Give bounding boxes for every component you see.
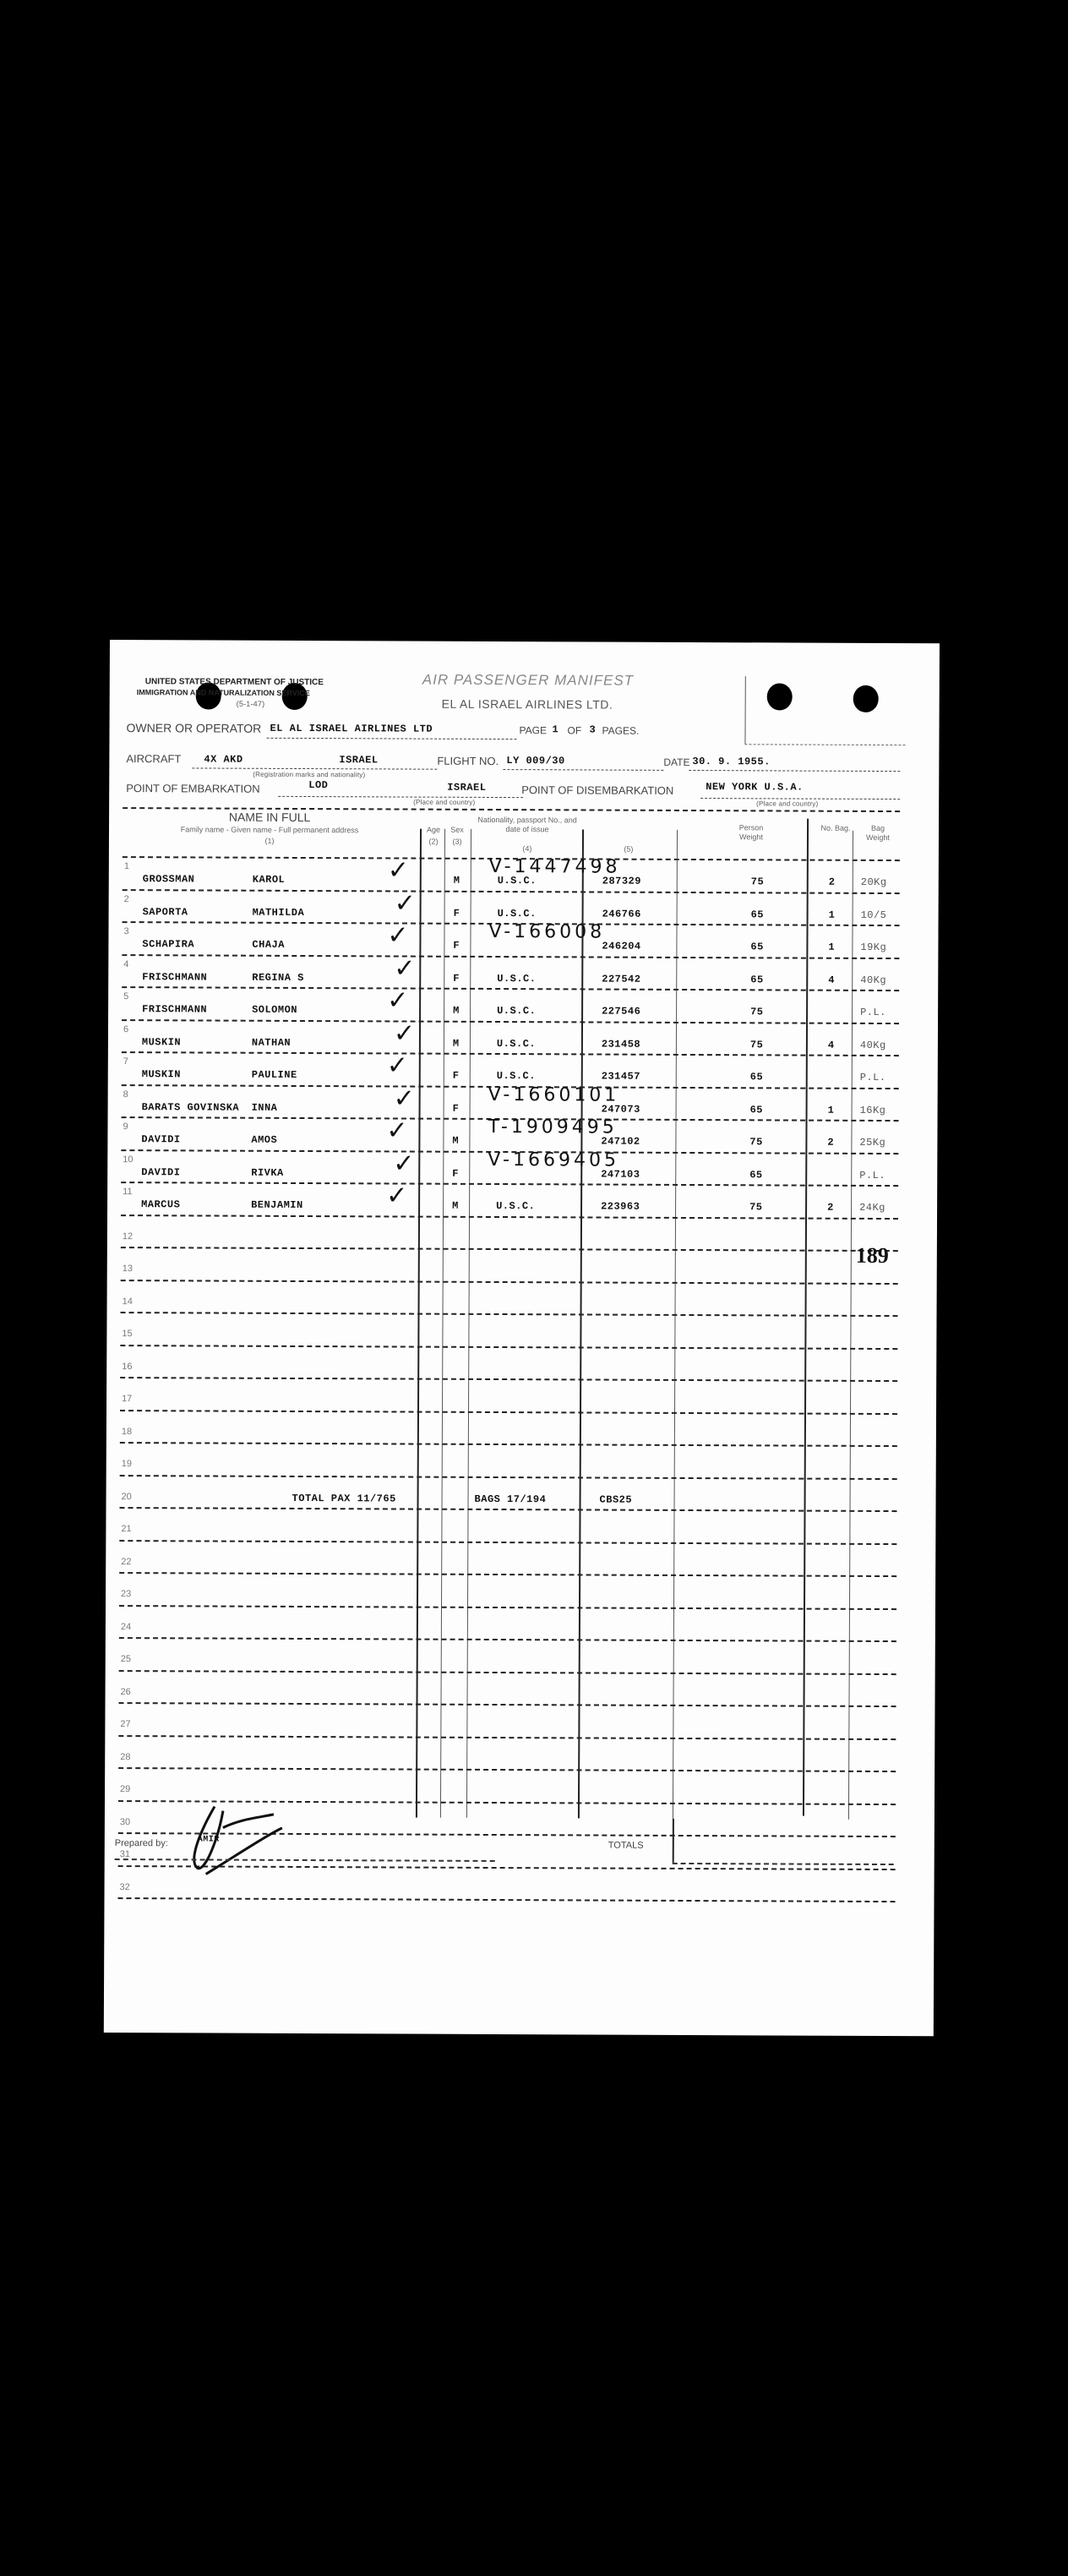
family-name: GROSSMAN — [143, 873, 195, 885]
row-rule — [119, 1670, 896, 1675]
given-name: INNA — [252, 1101, 278, 1113]
embarkation-underline — [278, 796, 523, 798]
passport-number: 247102 — [601, 1136, 640, 1148]
bag-count: 4 — [828, 974, 835, 985]
bag-weight: 19Kg — [860, 941, 886, 953]
row-number: 3 — [123, 926, 128, 936]
row-number: 28 — [120, 1752, 130, 1762]
person-weight: 75 — [749, 1201, 762, 1213]
punch-hole — [767, 683, 793, 710]
given-name: KAROL — [253, 874, 286, 886]
embarkation-label: POINT OF EMBARKATION — [126, 782, 260, 795]
row-rule — [119, 1572, 896, 1577]
person-weight: 65 — [749, 1169, 762, 1181]
embarkation-place: LOD — [308, 779, 328, 791]
given-name: MATHILDA — [253, 906, 305, 918]
bag-count: 1 — [828, 1104, 835, 1116]
col-5-num: (5) — [582, 844, 675, 854]
row-rule — [122, 1051, 899, 1056]
row-number: 1 — [124, 861, 129, 871]
family-name: DAVIDI — [141, 1166, 180, 1178]
bag-weight: 20Kg — [861, 876, 887, 888]
total-extra: CBS25 — [600, 1494, 633, 1506]
row-number: 12 — [123, 1231, 133, 1242]
col-name-num: (1) — [126, 836, 413, 846]
family-name: DAVIDI — [141, 1133, 180, 1145]
totals-box-border — [673, 1819, 674, 1863]
of-label: OF — [568, 724, 582, 736]
col-name-title: NAME IN FULL — [126, 810, 413, 824]
pages-label: PAGES. — [602, 725, 640, 737]
aircraft-underline — [192, 767, 437, 769]
checkmark-icon: ✓ — [388, 855, 409, 885]
col-sex-num: (3) — [447, 838, 467, 847]
flight-underline — [503, 769, 663, 771]
col-divider — [848, 831, 853, 1820]
family-name: MUSKIN — [142, 1068, 181, 1080]
disembarkation-value: NEW YORK U.S.A. — [706, 781, 804, 794]
date-value: 30. 9. 1955. — [692, 756, 770, 767]
col-no-bag: No. Bag. — [819, 824, 853, 833]
bag-count: 4 — [828, 1039, 835, 1051]
nationality: U.S.C. — [497, 1070, 536, 1082]
prepared-by-label: Prepared by: — [115, 1838, 168, 1848]
row-number: 20 — [122, 1492, 132, 1502]
bag-count: 1 — [829, 909, 836, 920]
col-divider — [673, 830, 678, 1819]
row-rule — [120, 1507, 897, 1512]
handwritten-visa-number: V-1660101 — [488, 1083, 620, 1105]
row-number: 16 — [122, 1362, 132, 1372]
bag-weight: 24Kg — [859, 1202, 885, 1214]
person-weight: 75 — [749, 1136, 762, 1148]
sex: F — [453, 940, 460, 952]
row-number: 14 — [123, 1296, 133, 1307]
row-number: 7 — [123, 1056, 128, 1067]
stamp-number: 189 — [856, 1243, 889, 1269]
bag-count: 2 — [827, 1137, 834, 1149]
page-value: 1 — [553, 723, 559, 735]
family-name: FRISCHMANN — [142, 1003, 207, 1015]
col-name-sub: Family name - Given name - Full permanen… — [126, 825, 413, 835]
person-weight: 75 — [751, 876, 764, 887]
row-number: 8 — [123, 1089, 128, 1100]
col-age: Age — [423, 826, 444, 835]
flight-label: FLIGHT NO. — [437, 755, 499, 767]
manifest-title: AIR PASSENGER MANIFEST — [422, 672, 634, 690]
handwritten-visa-number: V-1447498 — [489, 856, 621, 878]
aircraft-label: AIRCRAFT — [126, 752, 181, 765]
checkmark-icon: ✓ — [394, 1083, 415, 1113]
date-underline — [689, 770, 900, 772]
total-pax: TOTAL PAX 11/765 — [292, 1493, 396, 1505]
row-rule — [120, 1377, 897, 1382]
given-name: REGINA S — [252, 971, 304, 983]
col-person-weight: Person Weight — [730, 823, 772, 842]
col-sex: Sex — [447, 826, 467, 835]
handwritten-visa-number: V-1669405 — [488, 1149, 619, 1171]
bag-weight: 40Kg — [860, 1039, 886, 1051]
bag-count: 1 — [828, 941, 835, 953]
checkmark-icon: ✓ — [394, 953, 415, 983]
passport-number: 247103 — [601, 1168, 640, 1180]
row-rule — [122, 986, 899, 991]
person-weight: 65 — [750, 974, 763, 985]
bag-weight: 16Kg — [860, 1104, 886, 1116]
total-bags: BAGS 17/194 — [475, 1493, 547, 1505]
nationality: U.S.C. — [496, 1200, 535, 1212]
row-number: 29 — [120, 1784, 130, 1794]
handwritten-visa-number: T-1909495 — [488, 1116, 617, 1138]
checkmark-icon: ✓ — [386, 1181, 407, 1210]
passport-number: 246204 — [602, 941, 640, 952]
signature — [172, 1802, 341, 1879]
checkmark-icon: ✓ — [393, 1149, 414, 1178]
embarkation-hint: (Place and country) — [413, 799, 475, 806]
totals-box-underline — [673, 1863, 894, 1865]
row-number: 30 — [120, 1817, 130, 1827]
row-number: 10 — [123, 1154, 133, 1165]
row-rule — [117, 1897, 895, 1902]
given-name: BENJAMIN — [251, 1199, 303, 1211]
stamp-box-border — [744, 676, 745, 744]
totals-label: TOTALS — [608, 1841, 644, 1851]
family-name: SCHAPIRA — [142, 938, 194, 950]
bag-count: 2 — [829, 876, 836, 888]
owner-underline — [266, 738, 516, 740]
disembarkation-label: POINT OF DISEMBARKATION — [521, 783, 673, 797]
family-name: MUSKIN — [142, 1036, 181, 1048]
row-number: 18 — [122, 1427, 132, 1437]
of-value: 3 — [590, 723, 597, 735]
manifest-page: UNITED STATES DEPARTMENT OF JUSTICE IMMI… — [104, 640, 940, 2036]
family-name: MARCUS — [141, 1198, 180, 1210]
given-name: CHAJA — [252, 939, 285, 951]
row-rule — [120, 1475, 897, 1480]
person-weight: 75 — [750, 1039, 763, 1051]
stamp-box-border — [744, 744, 905, 745]
bag-weight: 25Kg — [859, 1137, 885, 1149]
row-rule — [118, 1735, 896, 1740]
airline-name: EL AL ISRAEL AIRLINES LTD. — [442, 697, 613, 712]
person-weight: 65 — [751, 909, 764, 920]
agency-line-2: IMMIGRATION AND NATURALIZATION SERVICE — [137, 687, 310, 698]
col-divider — [578, 829, 584, 1818]
passport-number: 231458 — [602, 1038, 640, 1050]
sex: M — [454, 875, 460, 887]
row-number: 6 — [123, 1024, 128, 1034]
passport-number: 227542 — [602, 973, 640, 985]
sex: M — [453, 1037, 460, 1049]
row-rule — [118, 1767, 896, 1772]
checkmark-icon: ✓ — [386, 1116, 407, 1145]
row-rule — [123, 889, 900, 894]
passport-number: 247073 — [602, 1103, 640, 1115]
sex: F — [453, 972, 460, 984]
sex: F — [454, 907, 460, 919]
bag-weight: P.L. — [860, 1072, 886, 1083]
row-rule — [119, 1637, 896, 1642]
disembarkation-hint: (Place and country) — [756, 800, 818, 807]
sex: M — [452, 1135, 459, 1147]
row-number: 32 — [120, 1882, 130, 1892]
row-number: 26 — [121, 1687, 131, 1697]
sex: F — [453, 1070, 460, 1082]
handwritten-visa-number: V-166008 — [488, 921, 605, 943]
passport-number: 223963 — [601, 1201, 640, 1213]
row-number: 2 — [124, 894, 129, 904]
aircraft-registration: 4X AKD — [204, 753, 242, 765]
owner-label: OWNER OR OPERATOR — [127, 721, 262, 735]
col-age-num: (2) — [423, 838, 444, 847]
given-name: PAULINE — [252, 1069, 297, 1081]
col-divider — [440, 829, 445, 1818]
sex: M — [453, 1005, 460, 1017]
row-number: 23 — [121, 1589, 131, 1599]
given-name: AMOS — [251, 1134, 277, 1146]
row-number: 21 — [121, 1524, 131, 1534]
given-name: SOLOMON — [252, 1004, 297, 1016]
col-divider — [466, 829, 471, 1818]
embarkation-country: ISRAEL — [447, 782, 486, 794]
row-rule — [120, 1345, 897, 1350]
col-bag-weight: Bag Weight — [861, 824, 895, 843]
row-number: 17 — [122, 1394, 132, 1404]
row-rule — [119, 1702, 896, 1707]
family-name: SAPORTA — [143, 906, 188, 918]
row-rule — [119, 1605, 896, 1610]
checkmark-icon: ✓ — [395, 888, 416, 918]
sex: F — [452, 1167, 459, 1179]
bag-count: 2 — [827, 1202, 834, 1214]
checkmark-icon: ✓ — [387, 1051, 408, 1080]
given-name: NATHAN — [252, 1036, 291, 1048]
row-number: 5 — [123, 991, 128, 1001]
row-number: 11 — [123, 1187, 132, 1197]
passport-number: 287329 — [602, 876, 641, 887]
nationality: U.S.C. — [497, 973, 536, 985]
nationality: U.S.C. — [498, 908, 537, 920]
aircraft-nationality: ISRAEL — [339, 754, 378, 766]
passport-number: 231457 — [602, 1071, 640, 1083]
owner-value: EL AL ISRAEL AIRLINES LTD — [270, 723, 433, 735]
row-rule — [120, 1442, 897, 1447]
row-number: 19 — [122, 1459, 132, 1469]
checkmark-icon: ✓ — [394, 1018, 415, 1048]
person-weight: 75 — [750, 1006, 763, 1018]
checkmark-icon: ✓ — [387, 920, 408, 950]
agency-line-1: UNITED STATES DEPARTMENT OF JUSTICE — [145, 677, 324, 688]
col-nationality-num: (4) — [472, 844, 582, 854]
flight-value: LY 009/30 — [506, 755, 564, 767]
row-rule — [122, 1019, 899, 1024]
row-rule — [121, 1312, 898, 1317]
aircraft-hint: (Registration marks and nationality) — [253, 771, 365, 779]
row-number: 9 — [123, 1122, 128, 1132]
punch-hole — [853, 685, 879, 712]
bag-weight: P.L. — [859, 1169, 885, 1181]
person-weight: 65 — [750, 941, 763, 952]
col-divider — [416, 829, 422, 1818]
person-weight: 65 — [750, 1071, 763, 1083]
bag-weight: 10/5 — [861, 909, 887, 920]
row-number: 22 — [121, 1557, 131, 1567]
page-label: PAGE — [520, 724, 548, 736]
family-name: BARATS GOVINSKA — [142, 1101, 240, 1114]
sex: M — [452, 1200, 459, 1212]
form-number: (5-1-47) — [237, 700, 265, 708]
family-name: FRISCHMANN — [142, 971, 207, 983]
row-number: 4 — [123, 959, 128, 969]
row-number: 15 — [122, 1329, 132, 1339]
sex: F — [453, 1102, 460, 1114]
row-number: 25 — [121, 1654, 131, 1664]
row-rule — [120, 1410, 897, 1415]
row-rule — [121, 1280, 898, 1285]
row-rule — [121, 1182, 898, 1187]
row-number: 27 — [120, 1719, 130, 1729]
date-label: DATE — [663, 756, 689, 768]
bag-weight: P.L. — [860, 1007, 886, 1018]
passenger-table: 1GROSSMANKAROL✓MU.S.C.V-1447498287329752… — [110, 640, 940, 643]
checkmark-icon: ✓ — [387, 985, 408, 1015]
row-rule — [122, 954, 899, 959]
person-weight: 65 — [750, 1104, 763, 1116]
row-rule — [121, 1247, 898, 1252]
row-rule — [119, 1540, 896, 1545]
passport-number: 246766 — [602, 908, 641, 920]
nationality: U.S.C. — [497, 1005, 536, 1017]
col-nationality: Nationality, passport No., and date of i… — [472, 816, 582, 835]
given-name: RIVKA — [251, 1166, 284, 1178]
nationality: U.S.C. — [497, 1038, 536, 1050]
col-divider — [803, 819, 809, 1816]
row-number: 13 — [123, 1263, 133, 1274]
passport-number: 227546 — [602, 1006, 640, 1018]
bag-weight: 40Kg — [860, 974, 886, 985]
row-rule — [121, 1214, 898, 1220]
row-number: 24 — [121, 1622, 131, 1632]
